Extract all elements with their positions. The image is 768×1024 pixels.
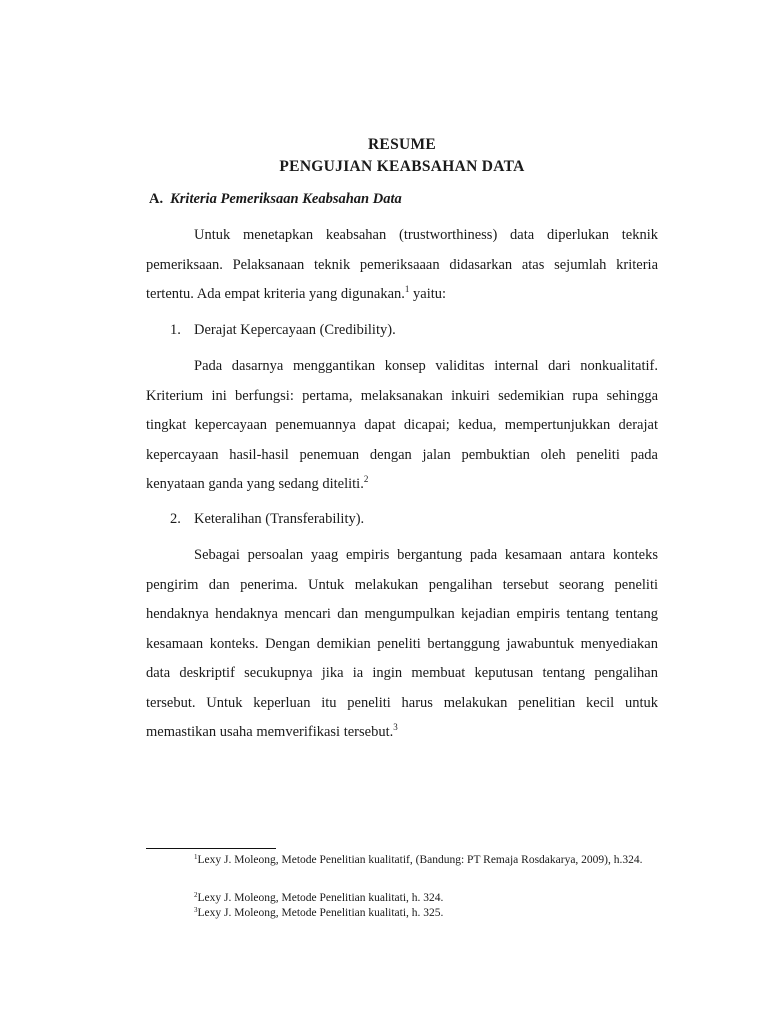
footnote-1: 1Lexy J. Moleong, Metode Penelitian kual… bbox=[146, 852, 658, 869]
document-subtitle: PENGUJIAN KEABSAHAN DATA bbox=[146, 158, 658, 176]
footnote-ref[interactable]: 2 bbox=[364, 474, 369, 484]
intro-text: Untuk menetapkan keabsahan (trustworthin… bbox=[146, 227, 658, 302]
section-label: A. bbox=[149, 191, 163, 207]
section-heading: A.Kriteria Pemeriksaan Keabsahan Data bbox=[149, 191, 402, 208]
transferability-text: Sebagai persoalan yaag empiris bergantun… bbox=[146, 547, 658, 740]
list-number: 2. bbox=[170, 511, 194, 528]
footnote-text: Lexy J. Moleong, Metode Penelitian kuali… bbox=[198, 892, 444, 904]
footnote-separator bbox=[146, 848, 276, 849]
intro-text-after: yaitu: bbox=[409, 286, 446, 302]
footnote-ref[interactable]: 3 bbox=[393, 722, 398, 732]
criteria-item-transferability: 2.Keteralihan (Transferability). bbox=[170, 511, 364, 528]
intro-paragraph: Untuk menetapkan keabsahan (trustworthin… bbox=[146, 221, 658, 310]
credibility-text: Pada dasarnya menggantikan konsep validi… bbox=[146, 358, 658, 492]
document-title: RESUME bbox=[146, 136, 658, 154]
list-label: Keteralihan (Transferability). bbox=[194, 511, 364, 527]
criteria-item-credibility: 1.Derajat Kepercayaan (Credibility). bbox=[170, 322, 396, 339]
footnote-text: Lexy J. Moleong, Metode Penelitian kuali… bbox=[198, 907, 444, 919]
footnote-3: 3Lexy J. Moleong, Metode Penelitian kual… bbox=[146, 905, 658, 922]
list-number: 1. bbox=[170, 322, 194, 339]
transferability-paragraph: Sebagai persoalan yaag empiris bergantun… bbox=[146, 541, 658, 748]
list-label: Derajat Kepercayaan (Credibility). bbox=[194, 322, 396, 338]
footnote-text: Lexy J. Moleong, Metode Penelitian kuali… bbox=[198, 854, 643, 866]
section-heading-text: Kriteria Pemeriksaan Keabsahan Data bbox=[170, 191, 402, 207]
credibility-paragraph: Pada dasarnya menggantikan konsep validi… bbox=[146, 352, 658, 500]
